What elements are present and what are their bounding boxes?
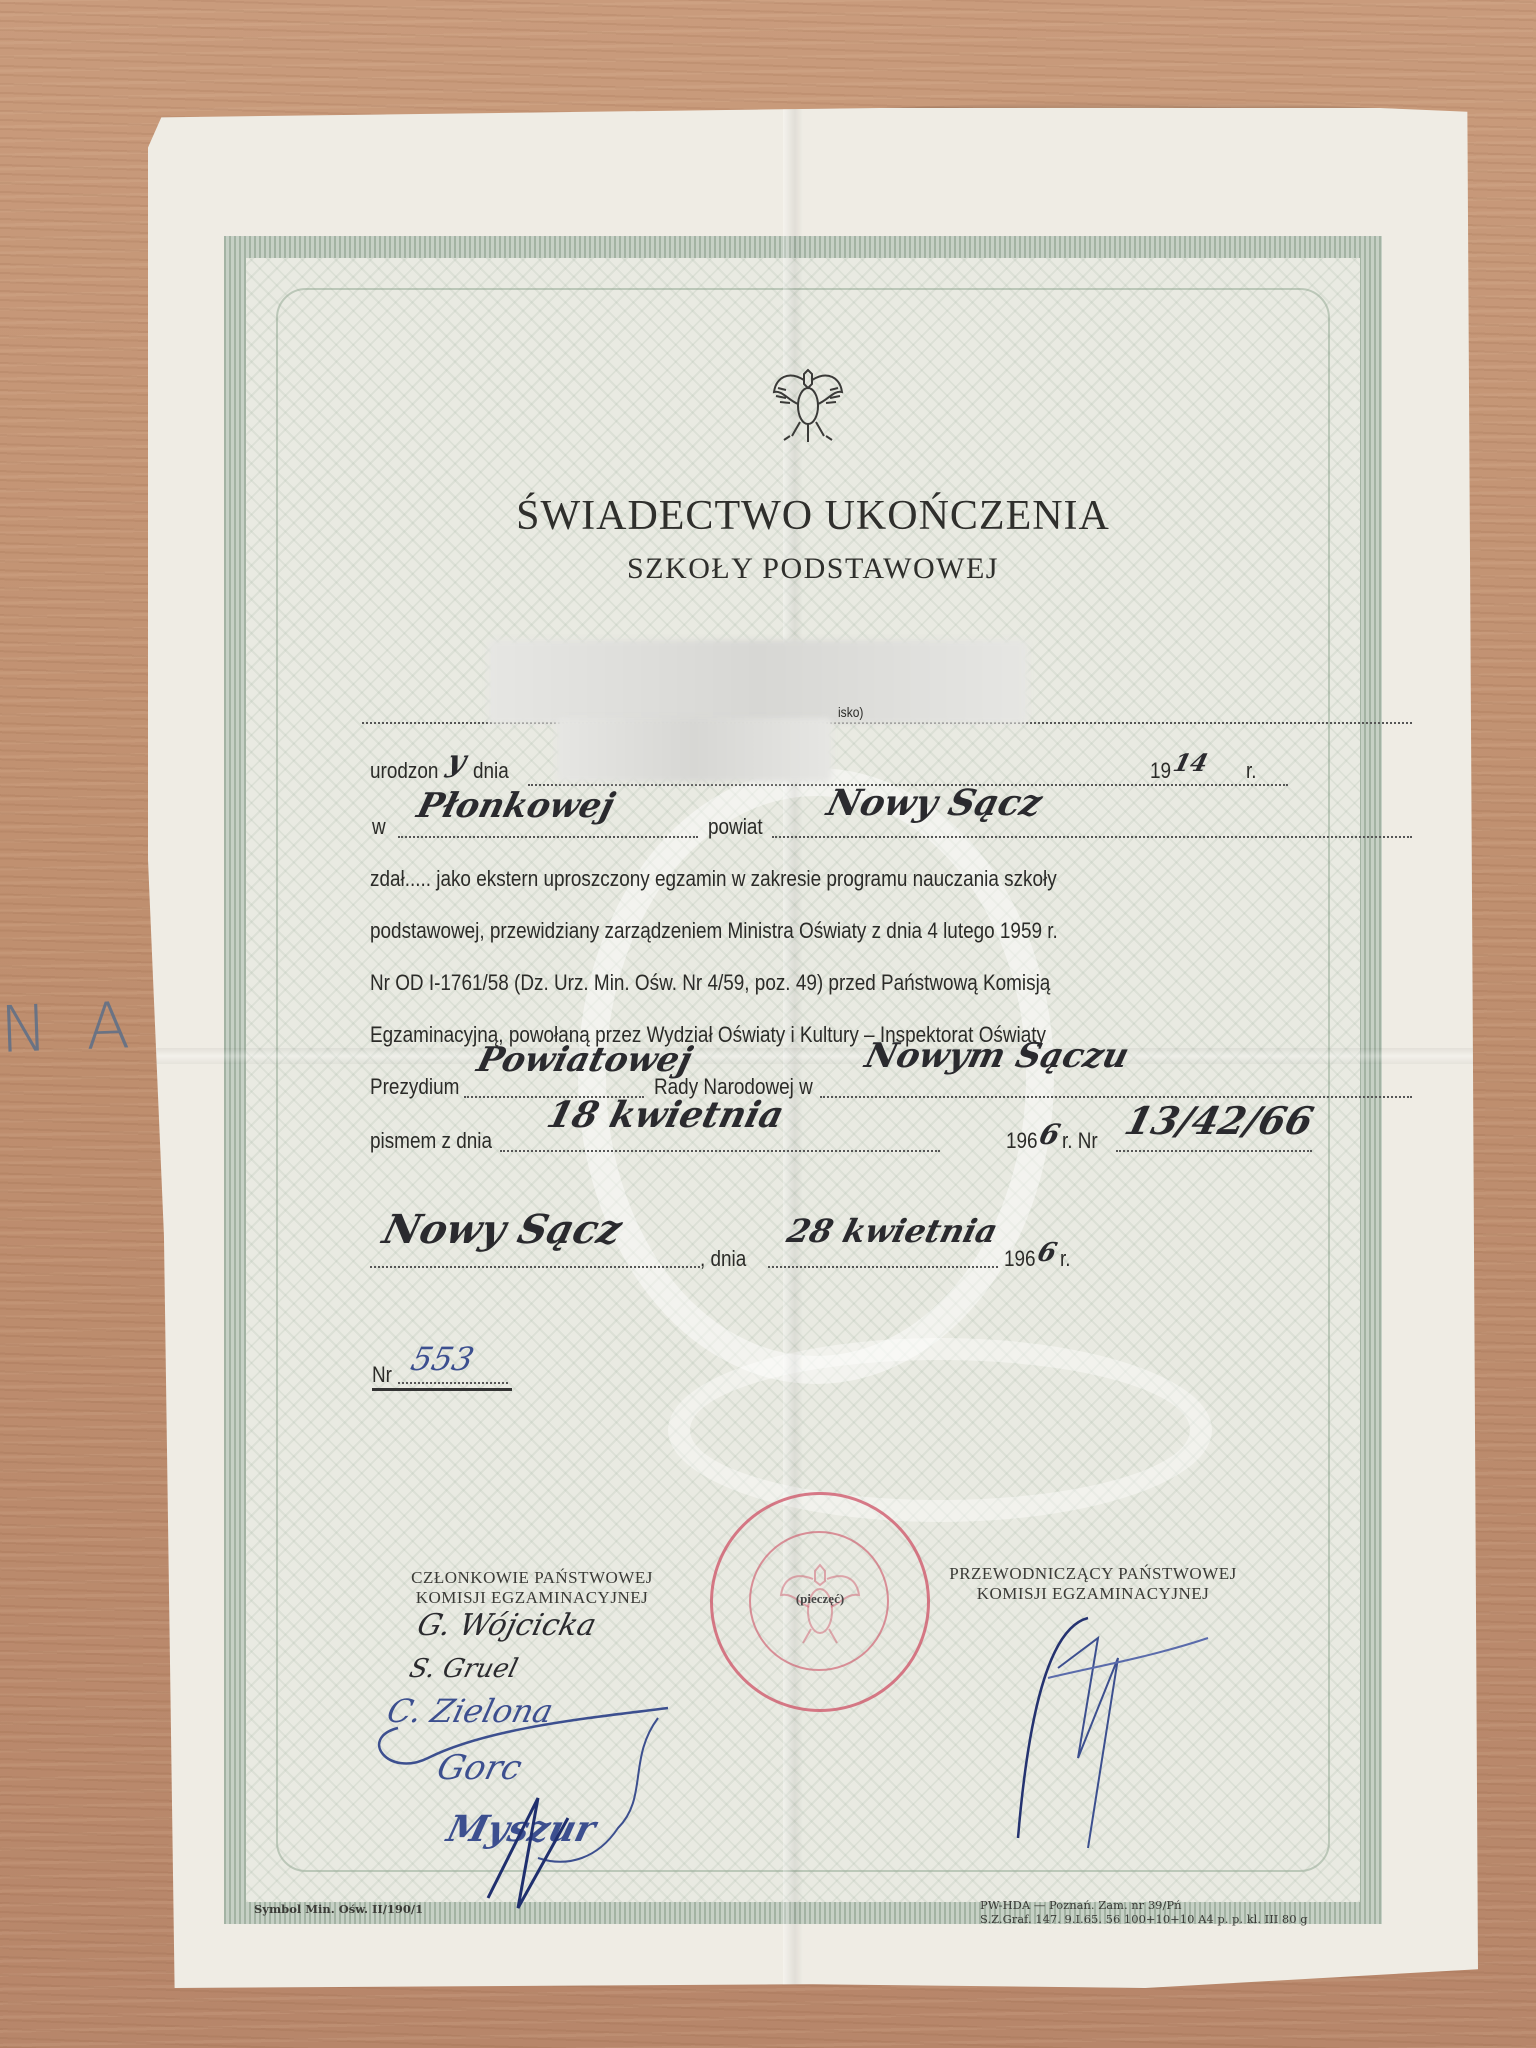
- letter-date-label: pismem z dnia: [370, 1128, 492, 1154]
- county-handwritten: Nowy Sącz: [823, 782, 1047, 824]
- footer-symbol: Symbol Min. Ośw. II/190/1: [254, 1902, 423, 1916]
- birth-year-r: r.: [1246, 758, 1257, 784]
- day-label: dnia: [473, 758, 509, 784]
- polish-eagle-emblem-icon: [768, 360, 848, 450]
- certificate-title: ŚWIADECTWO UKOŃCZENIA: [148, 492, 1478, 540]
- member-signature-strokes: [368, 1668, 728, 1928]
- council-dotted-line: [820, 1096, 1412, 1098]
- place-dotted-line: [398, 836, 698, 838]
- redacted-name: [488, 640, 1028, 724]
- county-label: powiat: [708, 814, 763, 840]
- born-label: urodzon: [370, 758, 438, 784]
- certificate-paper: ŚWIADECTWO UKOŃCZENIA SZKOŁY PODSTAWOWEJ…: [148, 108, 1478, 1988]
- member-signature-1: G. Wójcicka: [414, 1608, 600, 1643]
- horizontal-fold-crease: [148, 1048, 1478, 1064]
- birth-year-prefix: 19: [1150, 758, 1171, 784]
- cert-number-handwritten: 553: [407, 1340, 478, 1378]
- body-line-2: podstawowej, przewidziany zarządzeniem M…: [370, 918, 1419, 944]
- county-dotted-line: [772, 836, 1412, 838]
- letter-number-handwritten: 13/42/66: [1120, 1098, 1318, 1143]
- cert-number-dotted-line: [398, 1382, 508, 1384]
- issue-year-r: r.: [1060, 1246, 1071, 1272]
- body-line-3: Nr OD I-1761/58 (Dz. Urz. Min. Ośw. Nr 4…: [370, 970, 1419, 996]
- cert-number-label: Nr: [372, 1362, 392, 1388]
- official-stamp: (pieczęć): [710, 1492, 930, 1712]
- letter-nr-label: r. Nr: [1062, 1128, 1098, 1154]
- letter-year-prefix: 196: [1006, 1128, 1038, 1154]
- footer-print-info: PW-HDA — Poznań. Zam. nr 39/Pń S.Z.Graf.…: [980, 1898, 1308, 1926]
- stamp-placeholder-label: (pieczęć): [713, 1591, 927, 1607]
- certificate-subtitle: SZKOŁY PODSTAWOWEJ: [148, 552, 1478, 586]
- issue-date-dotted-line: [768, 1266, 998, 1268]
- birth-place-handwritten: Płonkowej: [413, 786, 618, 826]
- issue-place-dotted-line: [370, 1266, 700, 1268]
- letter-date-dotted-line: [500, 1150, 940, 1152]
- issue-year-prefix: 196: [1004, 1246, 1036, 1272]
- letter-nr-dotted-line: [1116, 1150, 1312, 1152]
- name-caption: isko): [838, 704, 863, 720]
- cert-number-underline: [372, 1388, 512, 1391]
- issue-day-label: , dnia: [700, 1246, 746, 1272]
- place-w-label: w: [372, 814, 386, 840]
- letter-date-handwritten: 18 kwietnia: [543, 1094, 788, 1136]
- members-label: CZŁONKOWIE PAŃSTWOWEJ KOMISJI EGZAMINACY…: [382, 1568, 682, 1608]
- issue-place-handwritten: Nowy Sącz: [378, 1206, 626, 1253]
- council-place-handwritten: Nowym Sączu: [861, 1036, 1133, 1076]
- presidium-label: Prezydium: [370, 1074, 459, 1100]
- body-line-1: zdał..... jako ekstern uproszczony egzam…: [370, 866, 1419, 892]
- redacted-birth-date: [556, 718, 832, 782]
- issue-date-handwritten: 28 kwietnia: [783, 1212, 1001, 1250]
